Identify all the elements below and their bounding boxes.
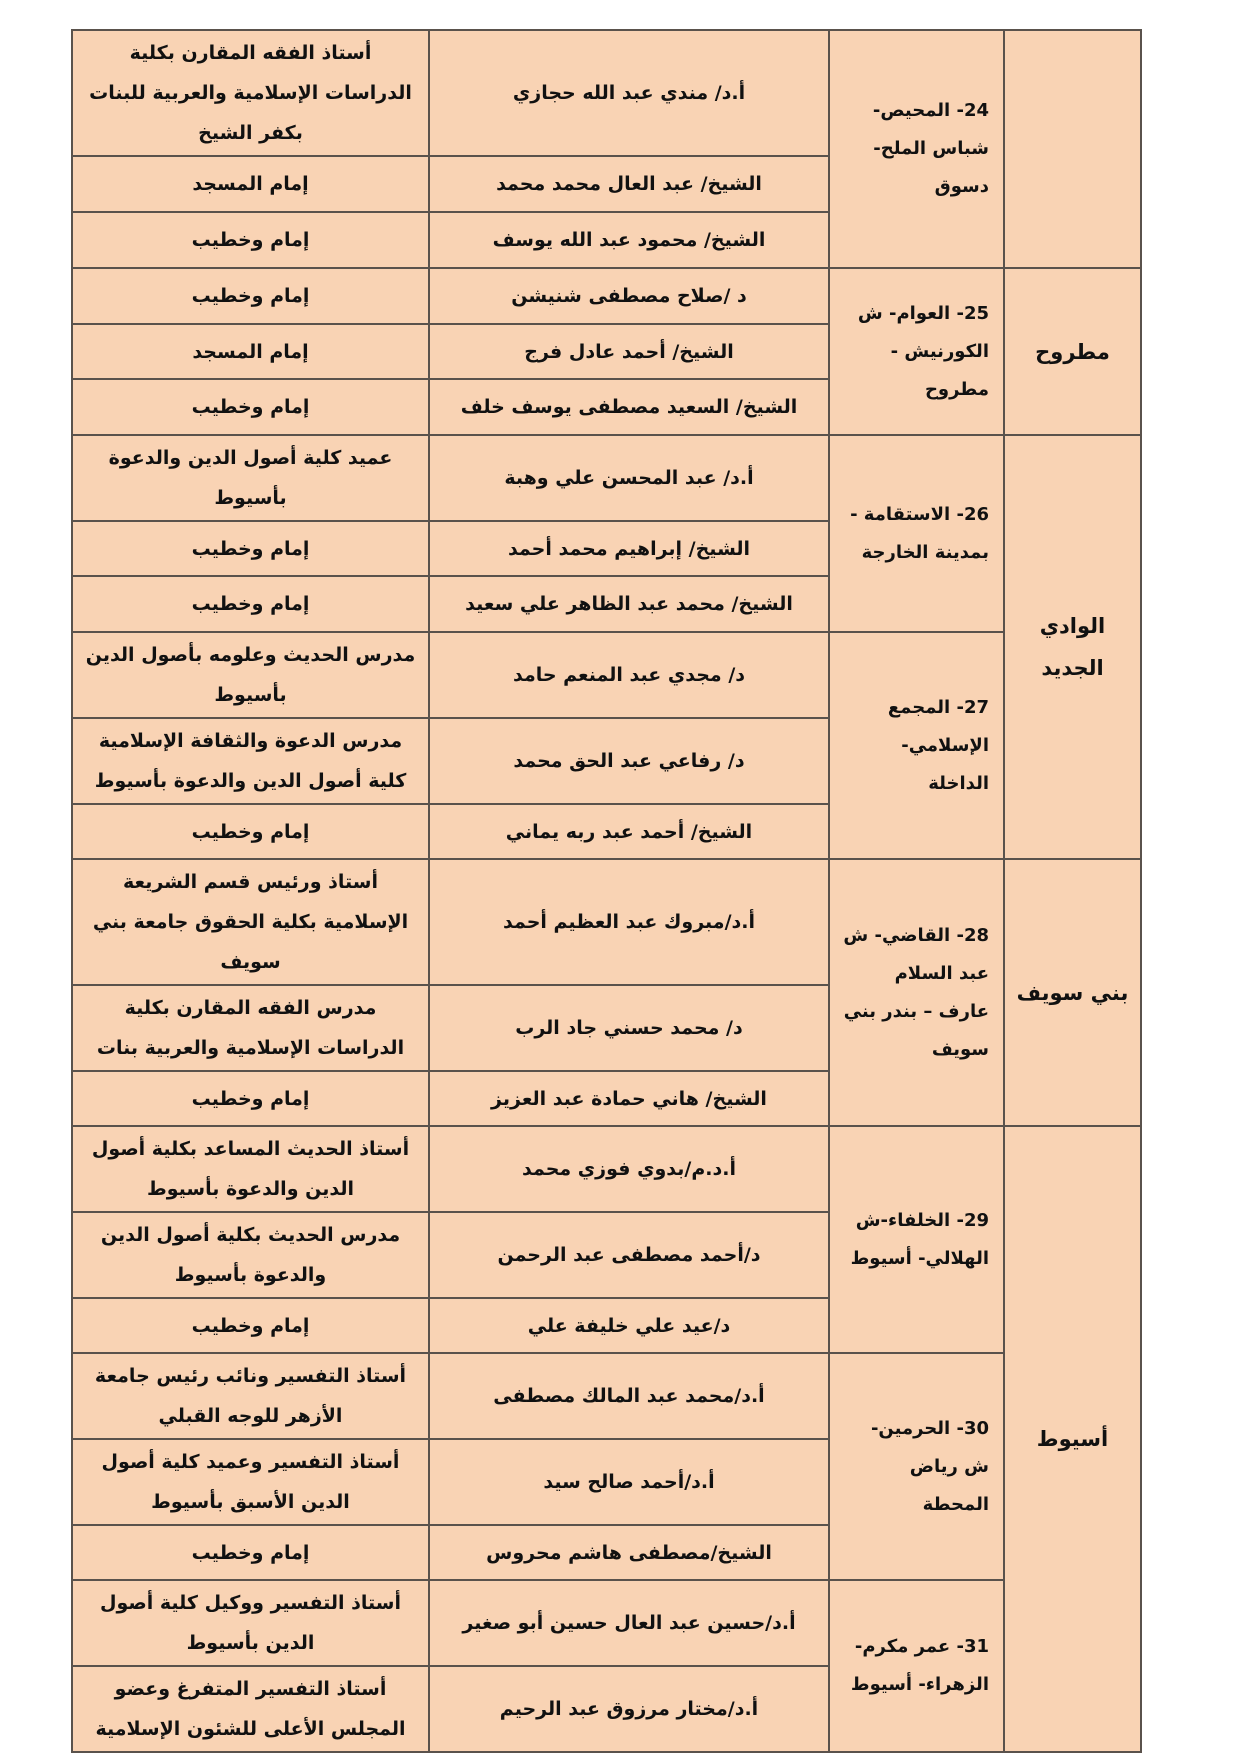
table-row: 31- عمر مكرم- الزهراء- أسيوطأ.د/حسين عبد… bbox=[72, 1580, 1141, 1666]
job-title-cell: إمام وخطيب bbox=[72, 1071, 429, 1126]
person-name-cell: الشيخ/ محمود عبد الله يوسف bbox=[429, 212, 829, 268]
person-name-cell: د /صلاح مصطفى شنيشن bbox=[429, 268, 829, 324]
person-name-cell: الشيخ/ عبد العال محمد محمد bbox=[429, 156, 829, 212]
governorate-cell bbox=[1004, 30, 1141, 268]
job-title-cell: إمام وخطيب bbox=[72, 1298, 429, 1353]
person-name-cell: أ.د.م/بدوي فوزي محمد bbox=[429, 1126, 829, 1212]
job-title-cell: أستاذ التفسير ونائب رئيس جامعة الأزهر لل… bbox=[72, 1353, 429, 1439]
job-title-cell: أستاذ ورئيس قسم الشريعة الإسلامية بكلية … bbox=[72, 859, 429, 985]
mosque-cell: 31- عمر مكرم- الزهراء- أسيوط bbox=[829, 1580, 1004, 1752]
document-page: 24- المحيص- شباس الملح- دسوقأ.د/ مندي عب… bbox=[71, 29, 1140, 1753]
person-name-cell: أ.د/أحمد صالح سيد bbox=[429, 1439, 829, 1525]
table-row: 27- المجمع الإسلامي- الداخلةد/ مجدي عبد … bbox=[72, 632, 1141, 718]
mosque-cell: 26- الاستقامة - بمدينة الخارجة bbox=[829, 435, 1004, 632]
job-title-cell: إمام وخطيب bbox=[72, 576, 429, 632]
table-row: مطروح25- العوام- ش الكورنيش - مطروحد /صل… bbox=[72, 268, 1141, 324]
job-title-cell: مدرس الحديث بكلية أصول الدين والدعوة بأس… bbox=[72, 1212, 429, 1298]
mosque-cell: 29- الخلفاء-ش الهلالي- أسيوط bbox=[829, 1126, 1004, 1353]
person-name-cell: د/ مجدي عبد المنعم حامد bbox=[429, 632, 829, 718]
table-row: بني سويف28- القاضي- ش عبد السلام عارف – … bbox=[72, 859, 1141, 985]
job-title-cell: أستاذ التفسير وعميد كلية أصول الدين الأس… bbox=[72, 1439, 429, 1525]
job-title-cell: إمام وخطيب bbox=[72, 521, 429, 576]
mosque-cell: 25- العوام- ش الكورنيش - مطروح bbox=[829, 268, 1004, 435]
table-row: 30- الحرمين- ش رياض المحطةأ.د/محمد عبد ا… bbox=[72, 1353, 1141, 1439]
job-title-cell: مدرس الحديث وعلومه بأصول الدين بأسيوط bbox=[72, 632, 429, 718]
governorate-cell: الوادي الجديد bbox=[1004, 435, 1141, 859]
job-title-cell: مدرس الفقه المقارن بكلية الدراسات الإسلا… bbox=[72, 985, 429, 1071]
table-body: 24- المحيص- شباس الملح- دسوقأ.د/ مندي عب… bbox=[72, 30, 1141, 1752]
governorate-cell: أسيوط bbox=[1004, 1126, 1141, 1752]
job-title-cell: إمام وخطيب bbox=[72, 268, 429, 324]
person-name-cell: الشيخ/ محمد عبد الظاهر علي سعيد bbox=[429, 576, 829, 632]
person-name-cell: الشيخ/ إبراهيم محمد أحمد bbox=[429, 521, 829, 576]
job-title-cell: إمام وخطيب bbox=[72, 1525, 429, 1580]
table-row: الوادي الجديد26- الاستقامة - بمدينة الخا… bbox=[72, 435, 1141, 521]
person-name-cell: أ.د/مبروك عبد العظيم أحمد bbox=[429, 859, 829, 985]
person-name-cell: أ.د/مختار مرزوق عبد الرحيم bbox=[429, 1666, 829, 1752]
mosque-cell: 30- الحرمين- ش رياض المحطة bbox=[829, 1353, 1004, 1580]
job-title-cell: إمام وخطيب bbox=[72, 379, 429, 435]
mosque-cell: 24- المحيص- شباس الملح- دسوق bbox=[829, 30, 1004, 268]
job-title-cell: عميد كلية أصول الدين والدعوة بأسيوط bbox=[72, 435, 429, 521]
person-name-cell: د/ رفاعي عبد الحق محمد bbox=[429, 718, 829, 804]
table-row: أسيوط29- الخلفاء-ش الهلالي- أسيوطأ.د.م/ب… bbox=[72, 1126, 1141, 1212]
mosque-cell: 28- القاضي- ش عبد السلام عارف – بندر بني… bbox=[829, 859, 1004, 1126]
governorate-cell: بني سويف bbox=[1004, 859, 1141, 1126]
person-name-cell: أ.د/ عبد المحسن علي وهبة bbox=[429, 435, 829, 521]
person-name-cell: الشيخ/ السعيد مصطفى يوسف خلف bbox=[429, 379, 829, 435]
preachers-table: 24- المحيص- شباس الملح- دسوقأ.د/ مندي عب… bbox=[71, 29, 1142, 1753]
job-title-cell: إمام المسجد bbox=[72, 156, 429, 212]
person-name-cell: د/أحمد مصطفى عبد الرحمن bbox=[429, 1212, 829, 1298]
person-name-cell: الشيخ/ أحمد عادل فرج bbox=[429, 324, 829, 379]
job-title-cell: أستاذ التفسير ووكيل كلية أصول الدين بأسي… bbox=[72, 1580, 429, 1666]
person-name-cell: أ.د/ مندي عبد الله حجازي bbox=[429, 30, 829, 156]
job-title-cell: إمام المسجد bbox=[72, 324, 429, 379]
person-name-cell: الشيخ/ هاني حمادة عبد العزيز bbox=[429, 1071, 829, 1126]
person-name-cell: الشيخ/مصطفى هاشم محروس bbox=[429, 1525, 829, 1580]
table-row: 24- المحيص- شباس الملح- دسوقأ.د/ مندي عب… bbox=[72, 30, 1141, 156]
job-title-cell: إمام وخطيب bbox=[72, 804, 429, 859]
job-title-cell: مدرس الدعوة والثقافة الإسلامية كلية أصول… bbox=[72, 718, 429, 804]
mosque-cell: 27- المجمع الإسلامي- الداخلة bbox=[829, 632, 1004, 859]
person-name-cell: د/ محمد حسني جاد الرب bbox=[429, 985, 829, 1071]
job-title-cell: أستاذ الفقه المقارن بكلية الدراسات الإسل… bbox=[72, 30, 429, 156]
person-name-cell: أ.د/حسين عبد العال حسين أبو صغير bbox=[429, 1580, 829, 1666]
job-title-cell: أستاذ التفسير المتفرغ وعضو المجلس الأعلى… bbox=[72, 1666, 429, 1752]
person-name-cell: أ.د/محمد عبد المالك مصطفى bbox=[429, 1353, 829, 1439]
person-name-cell: د/عيد علي خليفة علي bbox=[429, 1298, 829, 1353]
person-name-cell: الشيخ/ أحمد عبد ربه يماني bbox=[429, 804, 829, 859]
job-title-cell: إمام وخطيب bbox=[72, 212, 429, 268]
job-title-cell: أستاذ الحديث المساعد بكلية أصول الدين وا… bbox=[72, 1126, 429, 1212]
governorate-cell: مطروح bbox=[1004, 268, 1141, 435]
